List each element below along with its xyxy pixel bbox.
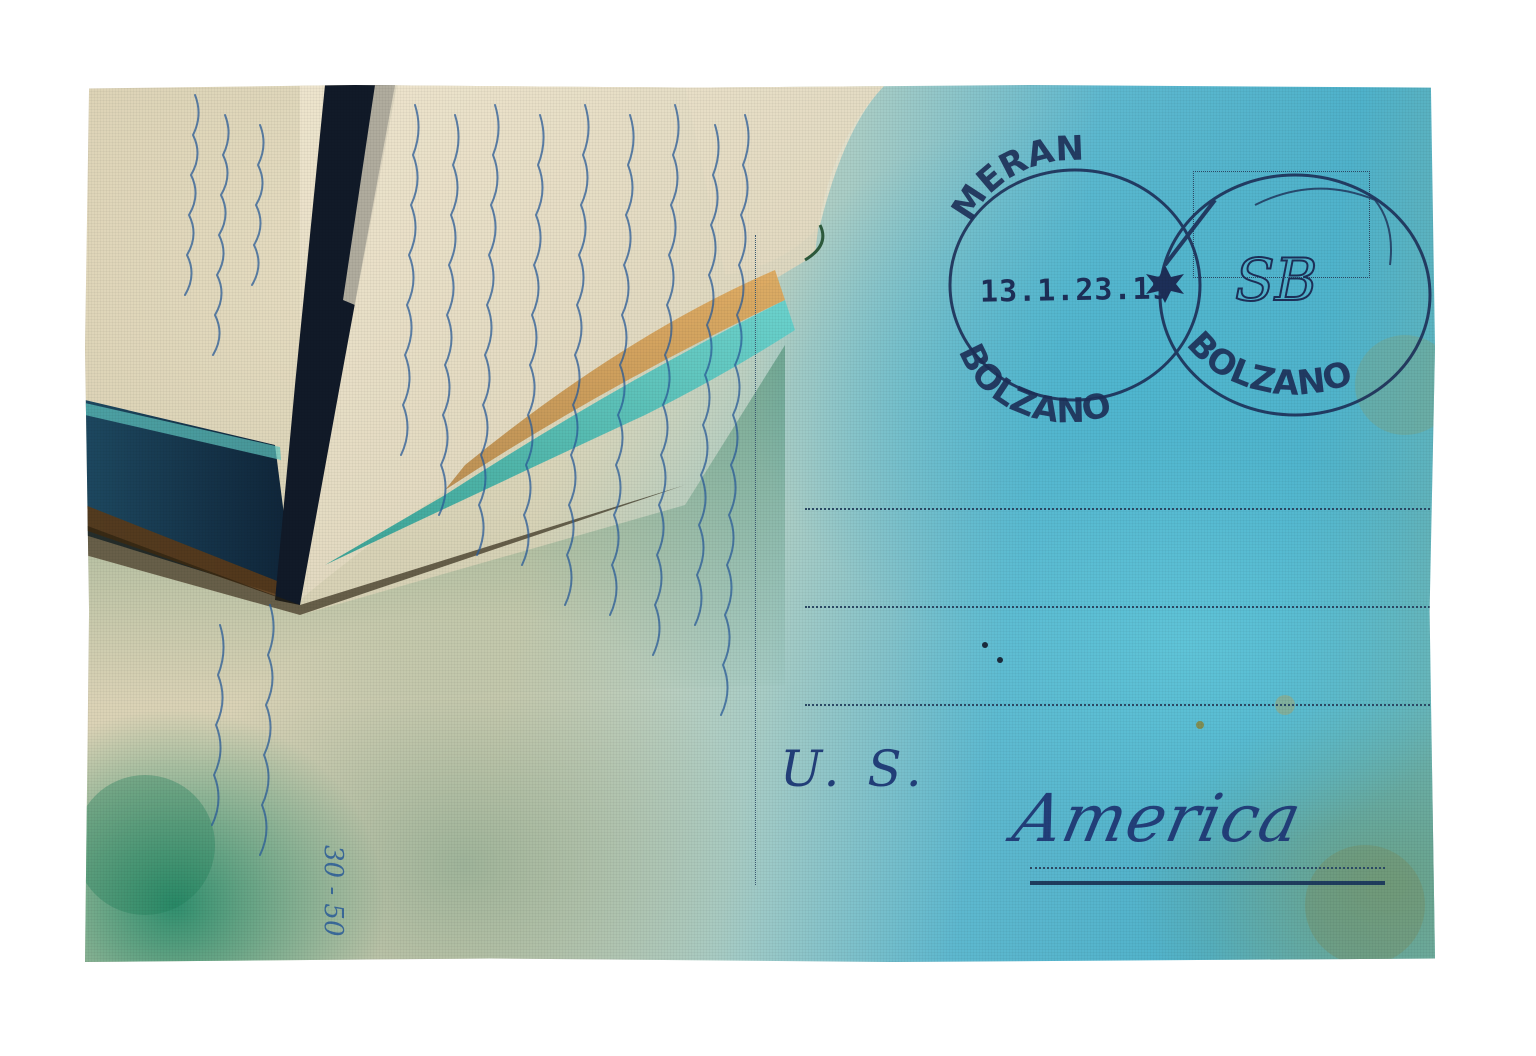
address-underline-dotted bbox=[1030, 867, 1385, 869]
postmark-bottom-text-right: BOLZANO bbox=[1179, 324, 1357, 404]
postmark-date: 13.1.23.19 bbox=[980, 271, 1171, 309]
address-underline bbox=[1030, 881, 1385, 885]
svg-text:MERAN: MERAN bbox=[944, 129, 1085, 228]
postcard: 30 - 50 MERAN BOLZANO BOLZANO SB 13.1.23… bbox=[85, 85, 1435, 962]
address-country: America bbox=[1007, 780, 1309, 857]
svg-text:BOLZANO: BOLZANO bbox=[950, 338, 1115, 432]
stamp-monogram: SB bbox=[1235, 246, 1317, 314]
address-prefix: U. S. bbox=[780, 740, 928, 798]
postmark-top-text: MERAN bbox=[944, 129, 1085, 228]
postmark-bottom-text-left: BOLZANO bbox=[950, 338, 1115, 432]
svg-text:BOLZANO: BOLZANO bbox=[1179, 324, 1357, 404]
